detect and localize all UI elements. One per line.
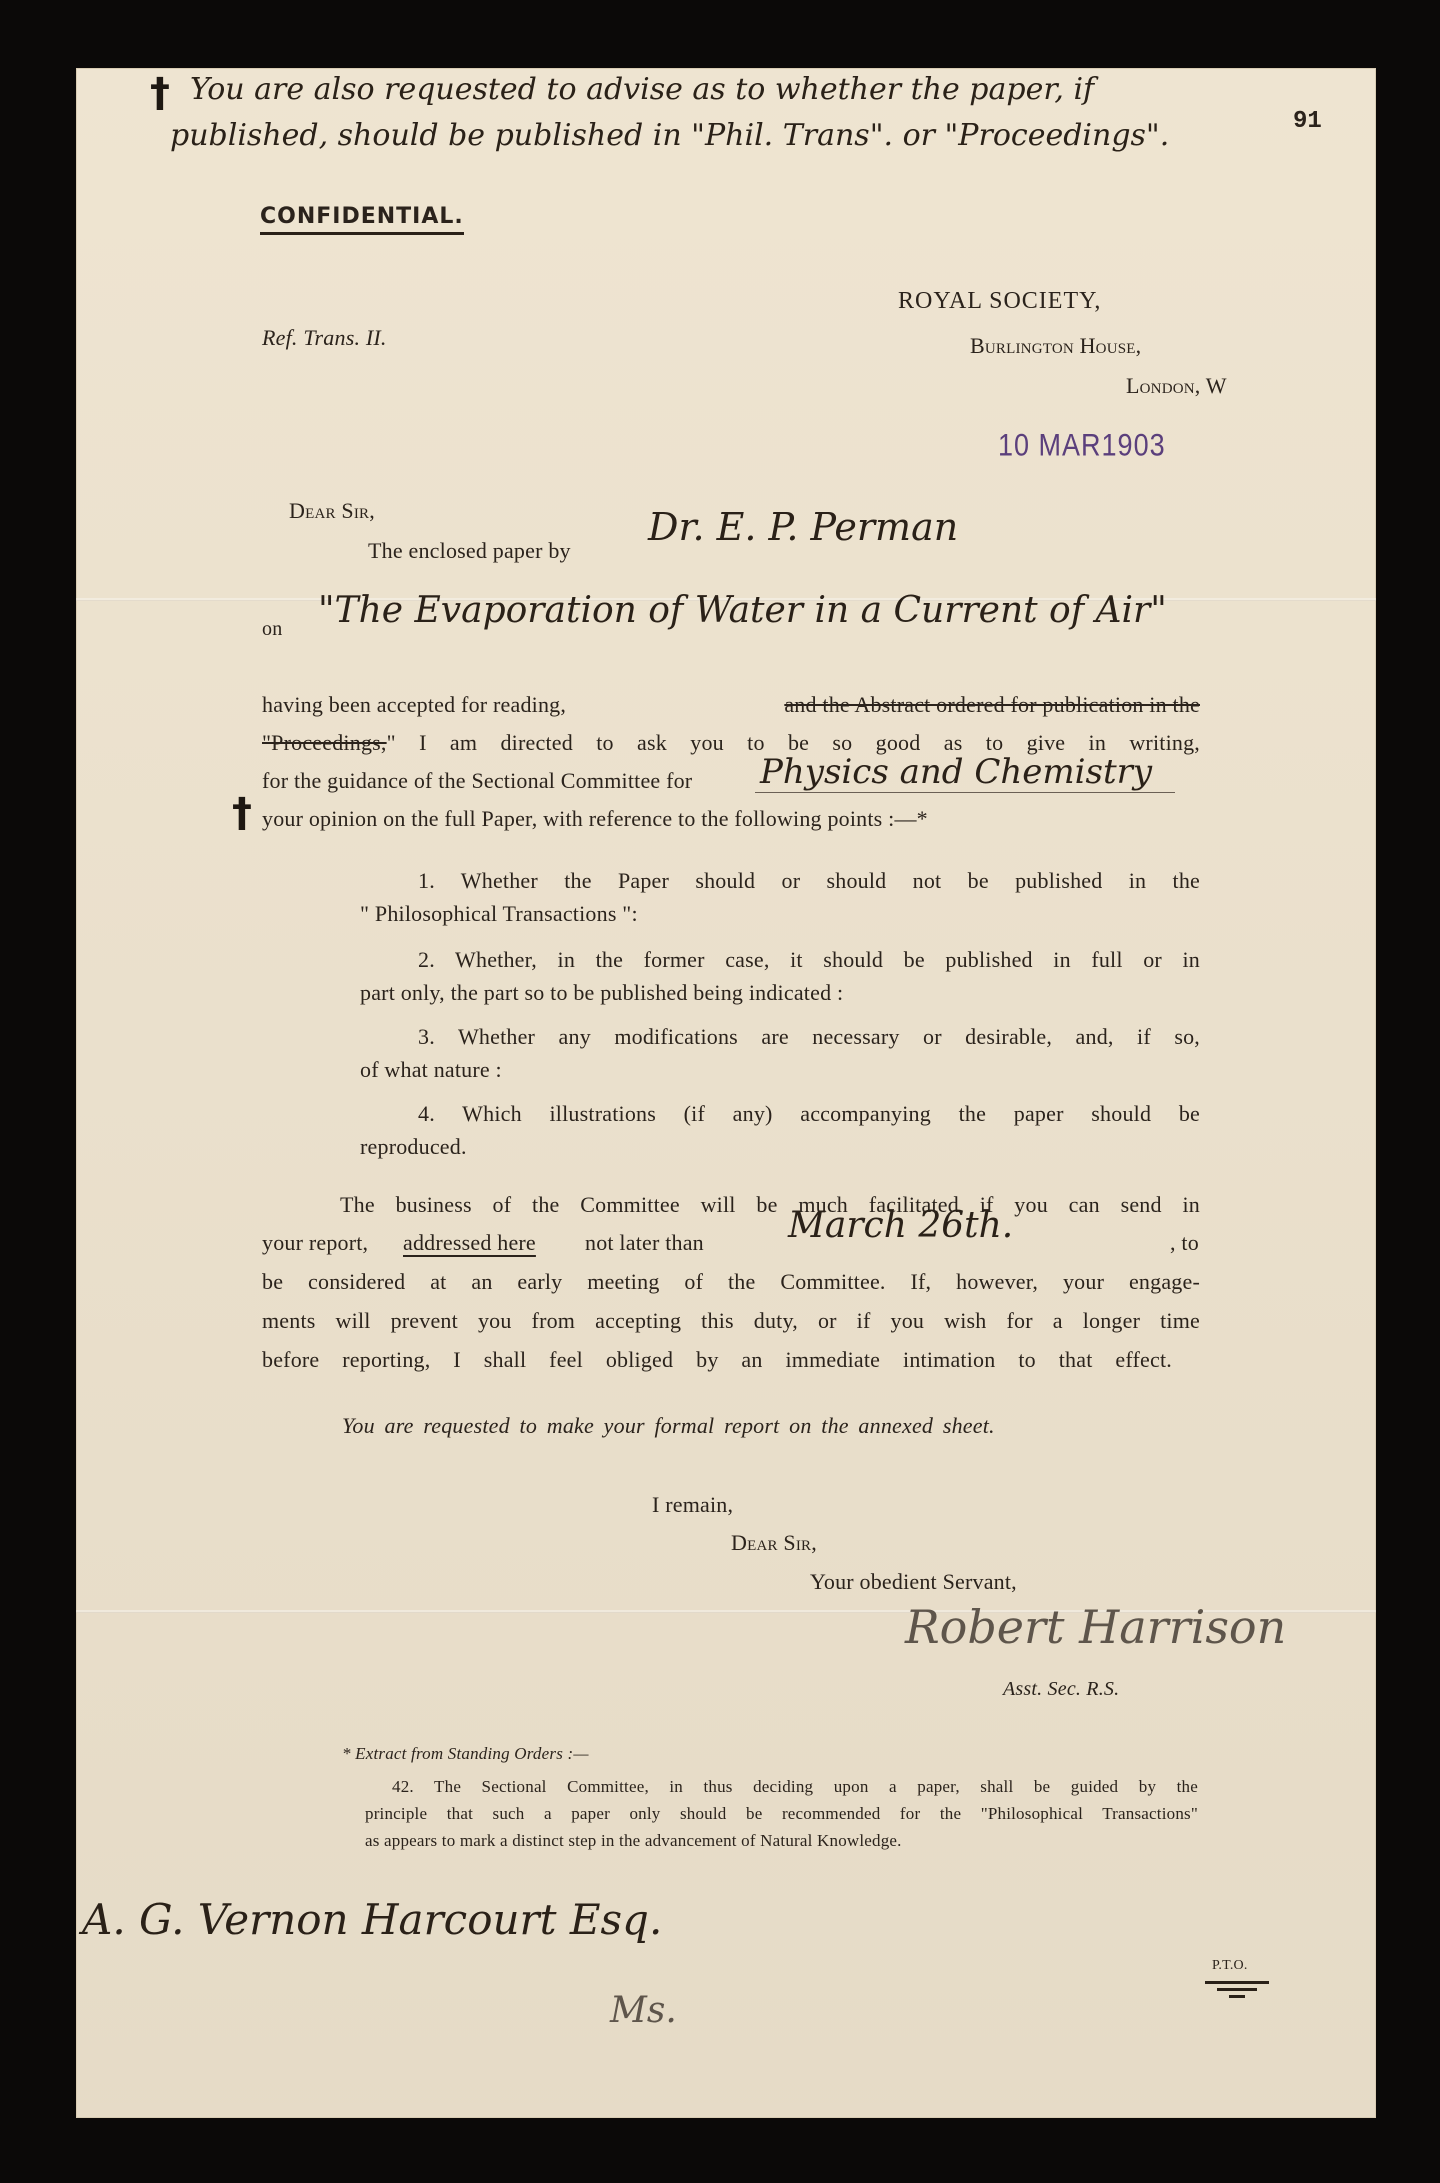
confidential-heading: CONFIDENTIAL.	[260, 204, 464, 235]
page-number: 91	[1293, 108, 1322, 135]
footnote-line-3: as appears to mark a distinct step in th…	[365, 1831, 902, 1851]
struck-text: and the Abstract ordered for publication…	[784, 692, 1200, 718]
letterhead-org: ROYAL SOCIETY,	[898, 288, 1101, 315]
closing-line-1: I remain,	[652, 1492, 733, 1518]
dagger-mark: †	[150, 70, 170, 116]
pto-rule	[1205, 1981, 1269, 1984]
point-3-line1: 3. Whether any modifications are necessa…	[418, 1024, 1200, 1050]
business-line-3: be considered at an early meeting of the…	[262, 1269, 1200, 1295]
body-line-4: your opinion on the full Paper, with ref…	[262, 806, 928, 832]
signatory-title: Asst. Sec. R.S.	[1003, 1678, 1119, 1701]
pto-rule	[1229, 1995, 1245, 1998]
body-text: having been accepted for reading,	[262, 692, 566, 718]
intro-prefix: The enclosed paper by	[368, 538, 571, 564]
letterhead-address1: Burlington House,	[970, 333, 1141, 359]
on-label: on	[262, 618, 282, 641]
paper-title-handwritten: "The Evaporation of Water in a Current o…	[318, 590, 1167, 631]
please-turn-over: P.T.O.	[1212, 1958, 1248, 1974]
point-3-line2: of what nature :	[360, 1057, 502, 1083]
body-line-1: having been accepted for reading, and th…	[262, 692, 1200, 718]
closing-line-3: Your obedient Servant,	[810, 1569, 1017, 1595]
addressed-here-underlined: addressed here	[403, 1230, 536, 1256]
dagger-mark: †	[232, 790, 252, 836]
letterhead-address2: London, W	[1126, 373, 1227, 399]
author-handwritten: Dr. E. P. Perman	[648, 505, 958, 549]
addressee-handwritten: A. G. Vernon Harcourt Esq.	[82, 1895, 662, 1944]
business-line-4: ments will prevent you from accepting th…	[262, 1308, 1200, 1334]
pto-rule	[1217, 1988, 1257, 1991]
point-4-line2: reproduced.	[360, 1134, 467, 1160]
business-line-2a: your report,	[262, 1230, 368, 1256]
point-4-line1: 4. Which illustrations (if any) accompan…	[418, 1101, 1200, 1127]
business-line-5: before reporting, I shall feel obliged b…	[262, 1347, 1172, 1373]
committee-blank-line	[755, 792, 1175, 793]
business-line-2b: not later than	[585, 1230, 704, 1256]
footnote-heading: * Extract from Standing Orders :—	[342, 1744, 589, 1764]
body-line-3: for the guidance of the Sectional Commit…	[262, 768, 692, 794]
reference-label: Ref. Trans. II.	[262, 325, 387, 351]
business-line-1: The business of the Committee will be mu…	[340, 1192, 1200, 1218]
formal-report-instruction: You are requested to make your formal re…	[342, 1413, 995, 1439]
deadline-handwritten: March 26th.	[788, 1205, 1013, 1246]
footnote-line-2: principle that such a paper only should …	[365, 1804, 1198, 1824]
signature: Robert Harrison	[905, 1600, 1286, 1654]
ms-note: Ms.	[610, 1990, 677, 2031]
handwritten-note-line1: You are also requested to advise as to w…	[190, 72, 1094, 107]
committee-handwritten: Physics and Chemistry	[760, 752, 1152, 792]
handwritten-note-line2: published, should be published in "Phil.…	[170, 118, 1169, 153]
point-1-line1: 1. Whether the Paper should or should no…	[418, 868, 1200, 894]
point-2-line2: part only, the part so to be published b…	[360, 980, 843, 1006]
point-2-line1: 2. Whether, in the former case, it shoul…	[418, 947, 1200, 973]
point-1-line2: " Philosophical Transactions ":	[360, 901, 638, 927]
business-line-2c: , to	[1170, 1230, 1199, 1256]
footnote-line-1: 42. The Sectional Committee, in thus dec…	[392, 1777, 1198, 1797]
date-stamp: 10 MAR1903	[998, 428, 1166, 464]
struck-text: "Proceedings,	[262, 730, 387, 756]
salutation: Dear Sir,	[289, 498, 375, 524]
closing-line-2: Dear Sir,	[731, 1530, 817, 1556]
